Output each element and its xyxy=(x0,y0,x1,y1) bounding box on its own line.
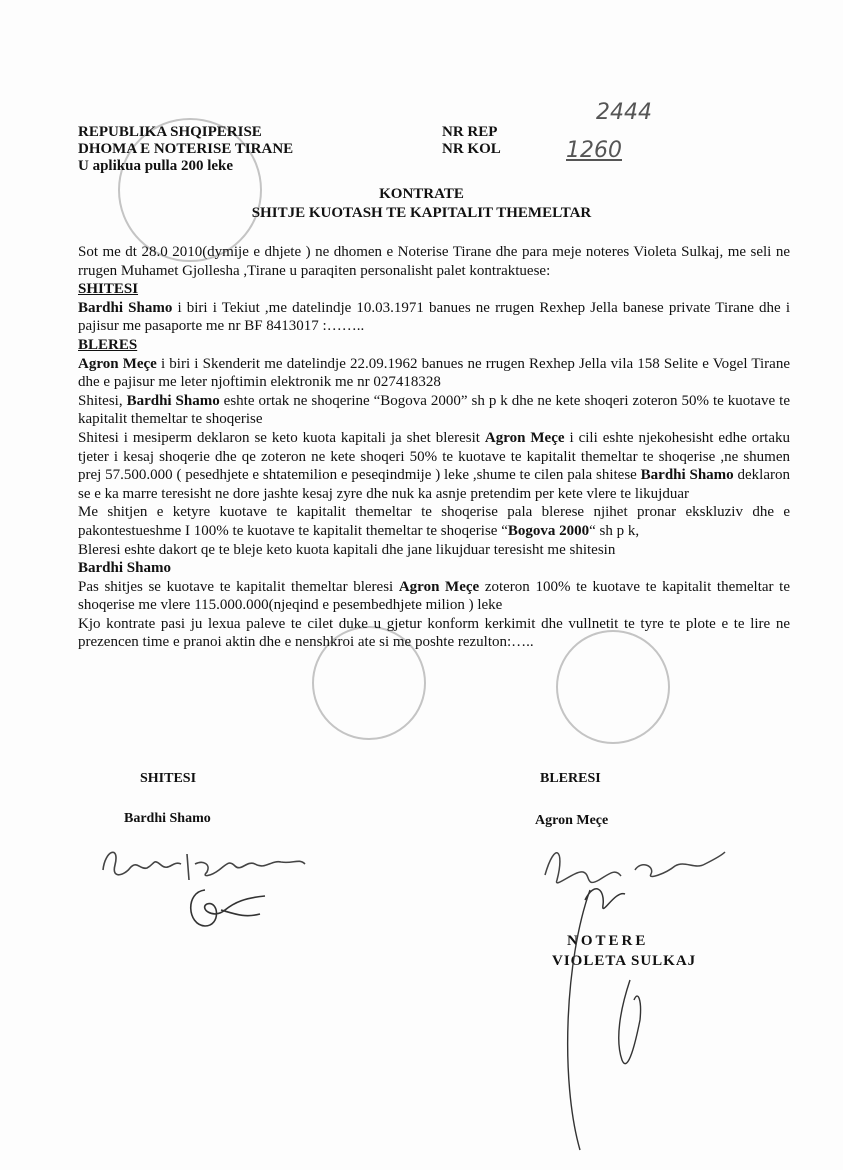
clause-5: Pas shitjes se kuotave te kapitalit them… xyxy=(78,578,790,615)
header-line: DHOMA E NOTERISE TIRANE xyxy=(78,141,293,158)
document-subtitle: SHITJE KUOTASH TE KAPITALIT THEMELTAR xyxy=(0,205,843,222)
text: “ sh p k, xyxy=(589,523,639,539)
buyer-signature-title: BLERESI xyxy=(540,771,601,787)
buyer-name: Agron Meçe xyxy=(485,430,565,446)
header-authority: REPUBLIKA SHQIPERISE DHOMA E NOTERISE TI… xyxy=(78,124,293,175)
company-name: Bogova 2000 xyxy=(508,523,589,539)
header-registry: NR REP NR KOL xyxy=(442,124,512,158)
text: Shitesi i mesiperm deklaron se keto kuot… xyxy=(78,430,485,446)
seller-name: Bardhi Shamo xyxy=(78,300,172,316)
seller-heading: SHITESI xyxy=(78,280,790,299)
buyer-name: Agron Meçe xyxy=(78,356,157,372)
buyer-paragraph: Agron Meçe i biri i Skenderit me datelin… xyxy=(78,355,790,392)
buyer-signature-name: Agron Meçe xyxy=(535,813,608,829)
nr-kol-value: 1260 xyxy=(566,138,622,163)
seller-details: i biri i Tekiut ,me datelindje 10.03.197… xyxy=(78,300,790,335)
notary-signature xyxy=(560,880,670,1160)
text: Pas shitjes se kuotave te kapitalit them… xyxy=(78,579,399,595)
clause-4: Bleresi eshte dakort qe te bleje keto ku… xyxy=(78,541,790,578)
seller-name: Bardhi Shamo xyxy=(127,393,220,409)
clause-2: Shitesi i mesiperm deklaron se keto kuot… xyxy=(78,429,790,503)
nr-kol-label: NR KOL xyxy=(442,141,512,158)
contract-body: Sot me dt 28.0 2010(dymije e dhjete ) ne… xyxy=(78,243,790,652)
nr-rep-label: NR REP xyxy=(442,124,512,141)
text: Bleresi eshte dakort qe te bleje keto ku… xyxy=(78,542,615,558)
document-title: KONTRATE xyxy=(0,186,843,203)
header-line: REPUBLIKA SHQIPERISE xyxy=(78,124,293,141)
seller-name: Bardhi Shamo xyxy=(641,467,734,483)
contract-page: REPUBLIKA SHQIPERISE DHOMA E NOTERISE TI… xyxy=(0,0,843,1170)
nr-rep-value: 2444 xyxy=(596,100,652,125)
seller-paragraph: Bardhi Shamo i biri i Tekiut ,me datelin… xyxy=(78,299,790,336)
buyer-details: i biri i Skenderit me datelindje 22.09.1… xyxy=(78,356,790,391)
text: Me shitjen e ketyre kuotave te kapitalit… xyxy=(78,504,790,539)
intro-paragraph: Sot me dt 28.0 2010(dymije e dhjete ) ne… xyxy=(78,243,790,280)
buyer-heading: BLERES xyxy=(78,336,790,355)
text: Shitesi, xyxy=(78,393,127,409)
seller-signature xyxy=(95,830,325,940)
clause-3: Me shitjen e ketyre kuotave te kapitalit… xyxy=(78,503,790,540)
seller-signature-name: Bardhi Shamo xyxy=(124,811,211,827)
header-line: U aplikua pulla 200 leke xyxy=(78,158,293,175)
buyer-name: Agron Meçe xyxy=(399,579,479,595)
closing-paragraph: Kjo kontrate pasi ju lexua paleve te cil… xyxy=(78,615,790,652)
seller-name: Bardhi Shamo xyxy=(78,560,171,576)
seller-signature-title: SHITESI xyxy=(140,771,196,787)
clause-1: Shitesi, Bardhi Shamo eshte ortak ne sho… xyxy=(78,392,790,429)
